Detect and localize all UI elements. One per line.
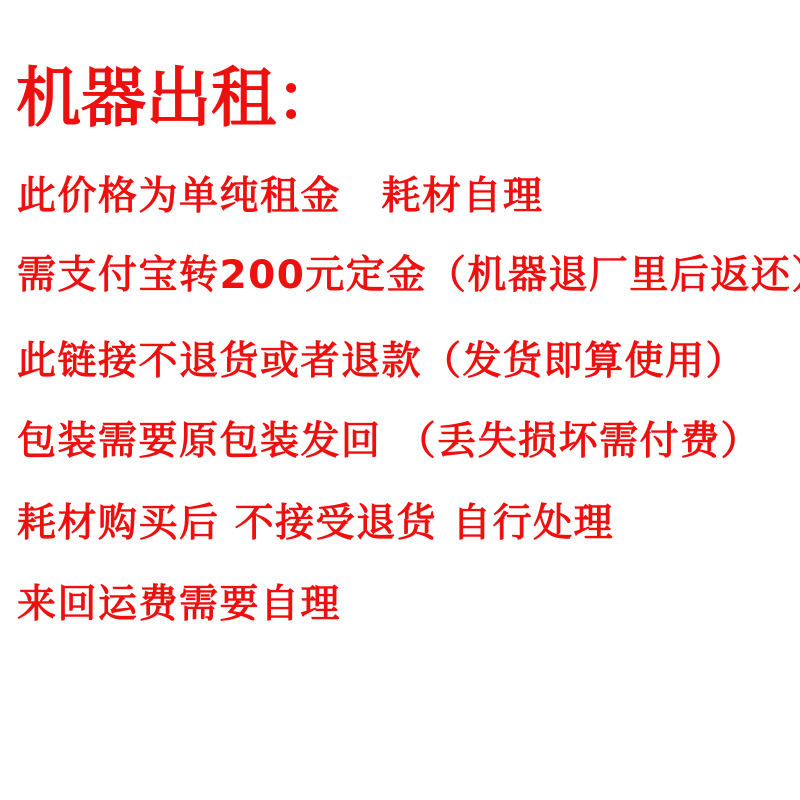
- notice-line-consumables: 耗材购买后 不接受退货 自行处理: [17, 502, 614, 547]
- rental-notice-page: 机器出租： 此价格为单纯租金 耗材自理 需支付宝转200元定金（机器退厂里后返还…: [0, 0, 800, 800]
- notice-line-deposit: 需支付宝转200元定金（机器退厂里后返还）: [17, 254, 800, 299]
- notice-line-shipping: 来回运费需要自理: [17, 583, 341, 628]
- notice-line-no-returns: 此链接不退货或者退款（发货即算使用）: [17, 340, 746, 385]
- notice-line-packaging: 包装需要原包装发回 （丢失损坏需付费）: [17, 420, 761, 465]
- notice-line-rent-only: 此价格为单纯租金 耗材自理: [17, 175, 544, 220]
- notice-title: 机器出租：: [16, 62, 341, 137]
